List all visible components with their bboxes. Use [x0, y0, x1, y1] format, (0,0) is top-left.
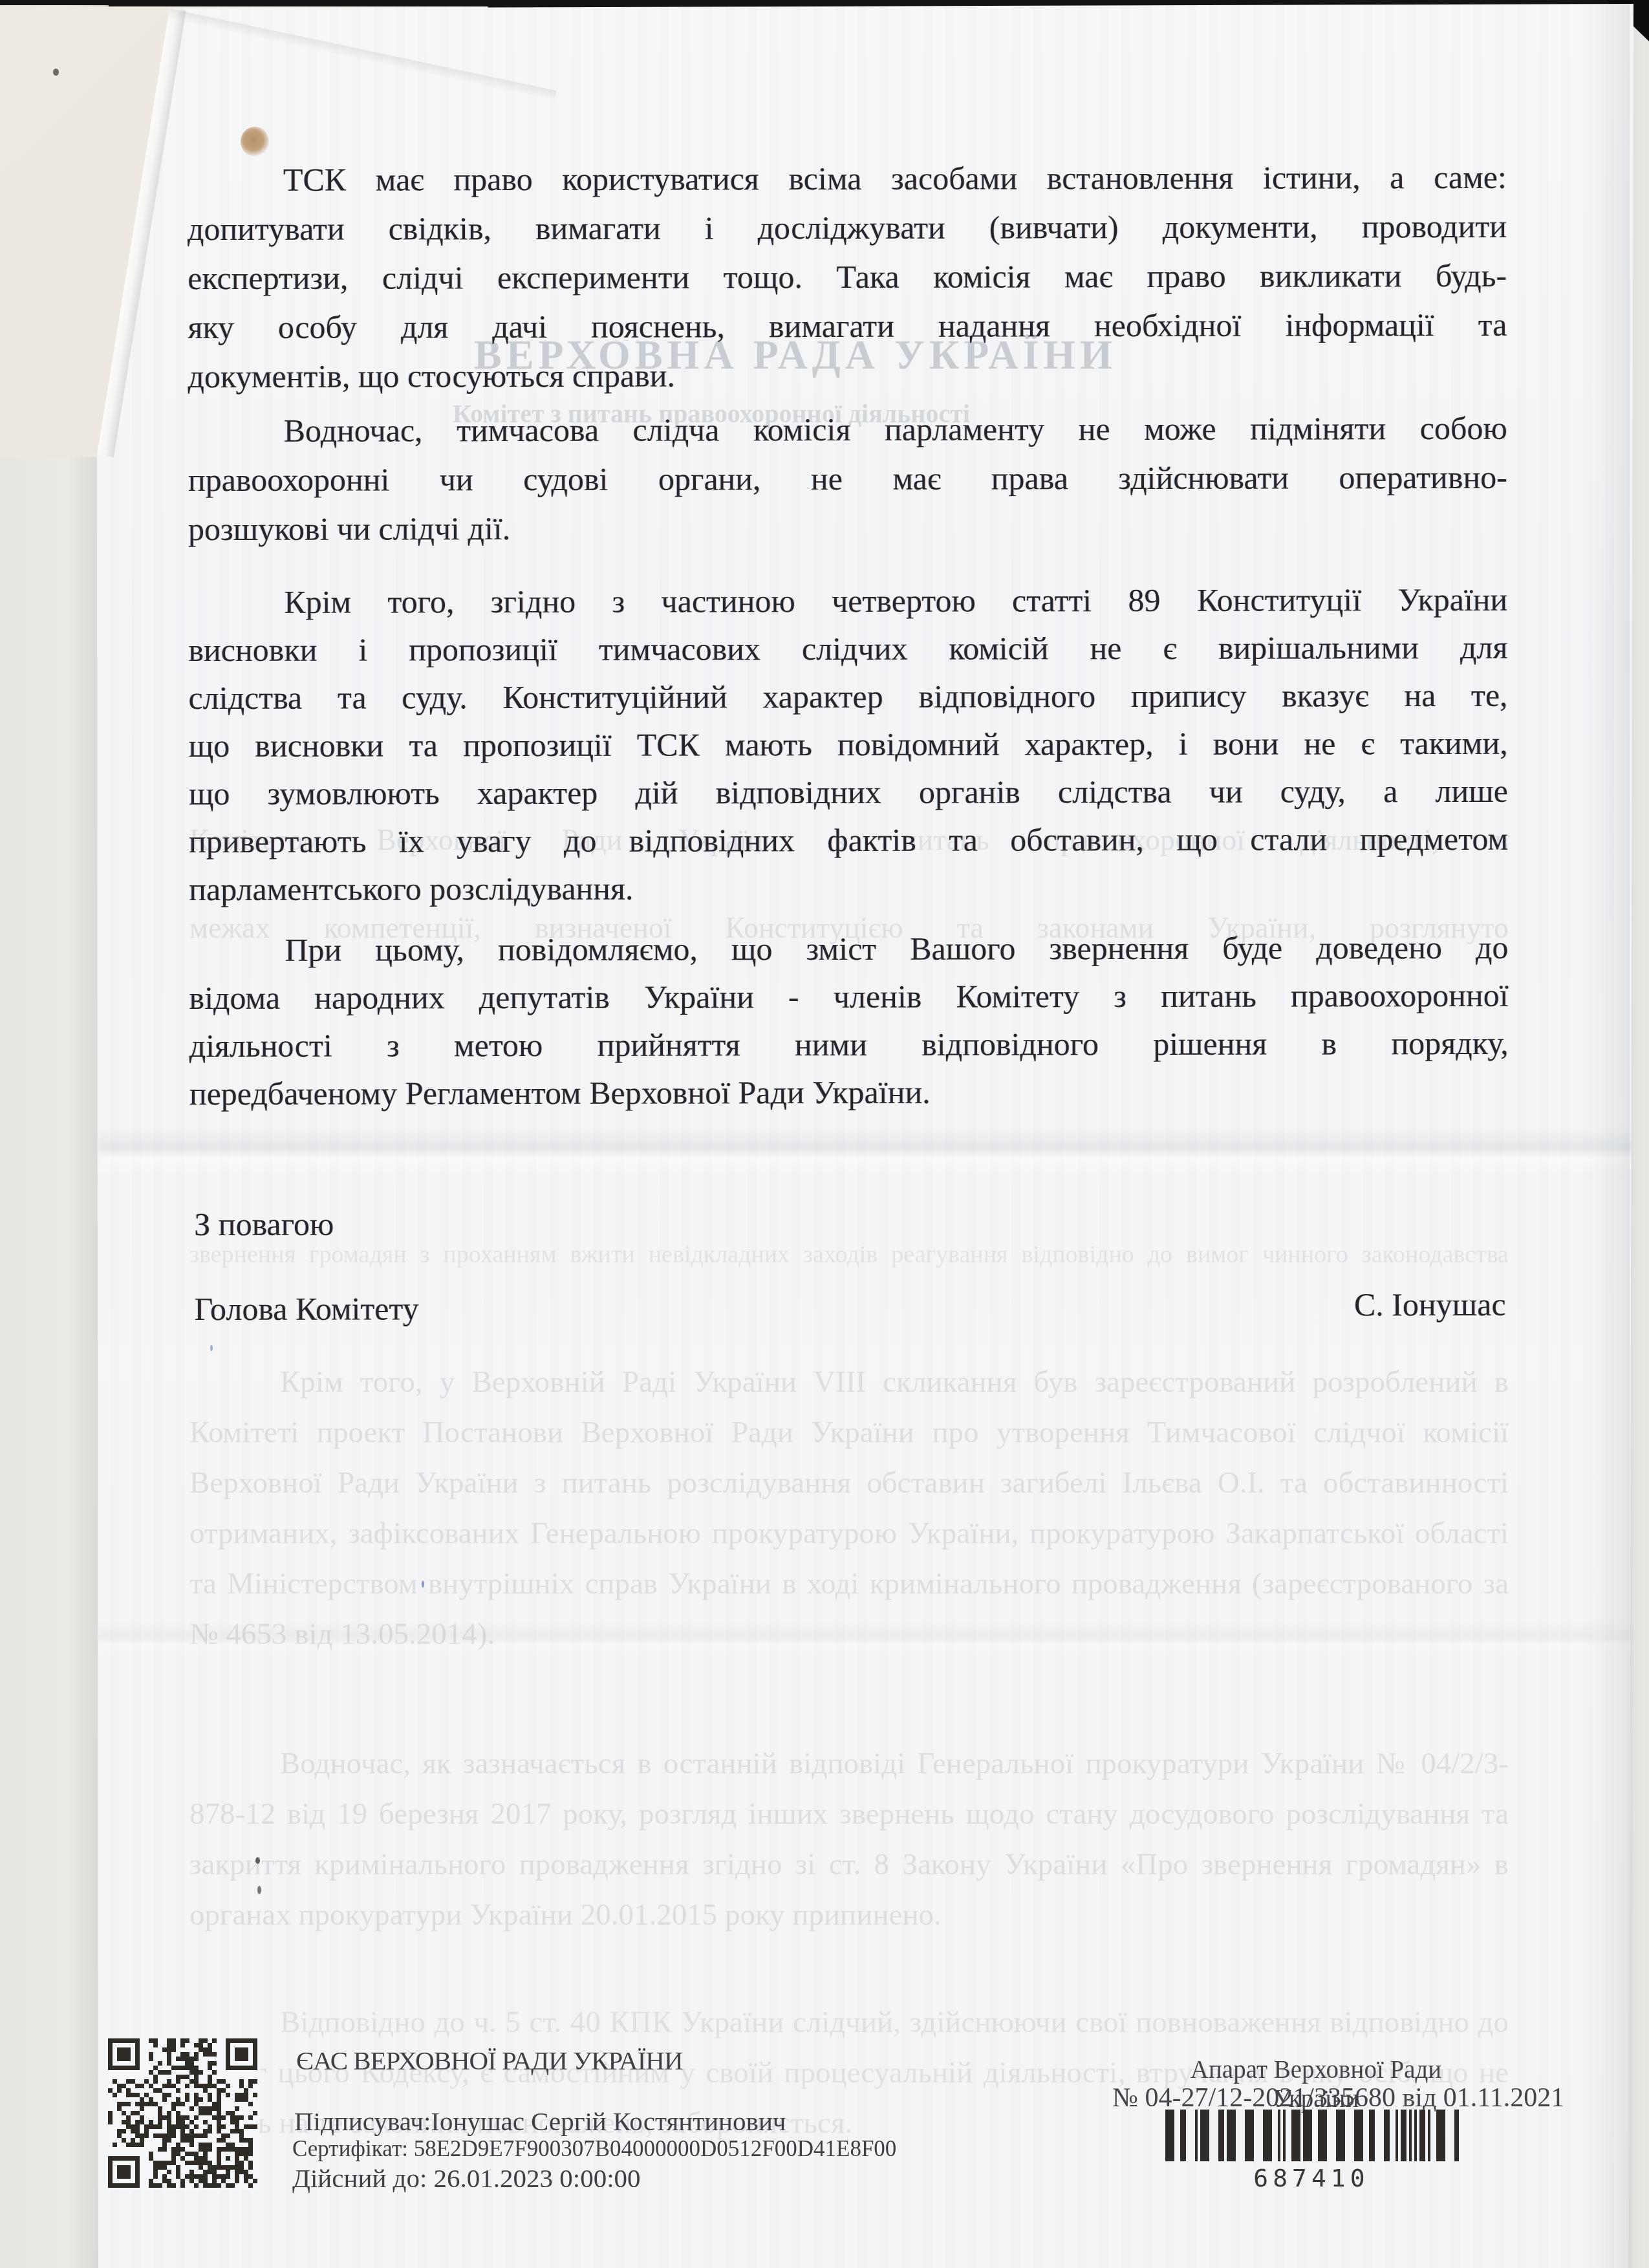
- paragraph: Водночас, тимчасова слідча комісія парла…: [188, 404, 1507, 554]
- pen-speck: [210, 1345, 213, 1351]
- scanned-letter: ВЕРХОВНА РАДА УКРАЇНИ Комітет з питань п…: [0, 0, 1649, 2268]
- text-line: ТСК має право користуватися всіма засоба…: [188, 153, 1507, 204]
- paper-speck: [53, 69, 59, 76]
- text-line: При цьому, повідомляємо, що зміст Вашого…: [189, 923, 1508, 974]
- text-line: що зумовлюють характер дій відповідних о…: [189, 767, 1508, 817]
- text-line: допитувати свідків, вимагати і досліджув…: [188, 202, 1507, 254]
- pen-speck: [422, 1581, 424, 1588]
- text-line: Крім того, згідно з частиною четвертою с…: [188, 576, 1507, 626]
- text-line: парламентського розслідування.: [189, 863, 1508, 913]
- barcode: [1164, 2110, 1459, 2164]
- paragraph: Крім того, згідно з частиною четвертою с…: [188, 576, 1508, 913]
- text-line: передбаченому Регламентом Верховної Ради…: [189, 1067, 1509, 1118]
- text-line: Водночас, тимчасова слідча комісія парла…: [188, 404, 1507, 455]
- text-line: експертизи, слідчі експерименти тощо. Та…: [188, 251, 1507, 303]
- registration-number: № 04-27/12-2021/335680 від 01.11.2021: [1112, 2082, 1539, 2113]
- text-line: слідства та суду. Конституційний характе…: [189, 671, 1508, 722]
- barcode-digits: 687410: [1164, 2164, 1459, 2192]
- qr-code: [108, 2038, 259, 2190]
- text-line: відома народних депутатів України - член…: [189, 971, 1508, 1022]
- letter-text-layer: ТСК має право користуватися всіма засоба…: [0, 0, 1649, 2268]
- text-line: діяльності з метою прийняття ними відпов…: [189, 1019, 1509, 1070]
- coffee-stain: [241, 127, 269, 157]
- esignature-validity-line: Дійсний до: 26.01.2023 0:00:00: [292, 2163, 641, 2194]
- text-line: що висновки та пропозиції ТСК мають пові…: [189, 719, 1508, 770]
- signer-name: С. Іонушас: [1267, 1286, 1505, 1324]
- paragraph: ТСК має право користуватися всіма засоба…: [188, 153, 1507, 401]
- ink-speck: [257, 1886, 261, 1894]
- text-line: привертають їх увагу до відповідних факт…: [189, 815, 1508, 865]
- text-line: висновки і пропозиції тимчасових слідчих…: [188, 623, 1507, 674]
- paragraph: При цьому, повідомляємо, що зміст Вашого…: [189, 923, 1509, 1118]
- esignature-system-label: ЄАС ВЕРХОВНОЇ РАДИ УКРАЇНИ: [296, 2045, 683, 2076]
- signer-title: Голова Комітету: [195, 1290, 419, 1328]
- esignature-certificate-line: Сертифікат: 58E2D9E7F900307B04000000D051…: [292, 2136, 896, 2162]
- text-line: правоохоронні чи судові органи, не має п…: [188, 453, 1507, 504]
- text-line: розшукові чи слідчі дії.: [188, 502, 1507, 554]
- text-line: документів, що стосуються справи.: [188, 349, 1507, 401]
- letter-page: ВЕРХОВНА РАДА УКРАЇНИ Комітет з питань п…: [0, 0, 1649, 2268]
- closing-salutation: З повагою: [194, 1205, 334, 1243]
- esignature-signer-line: Підписувач:Іонушас Сергій Костянтинович: [294, 2106, 786, 2137]
- ink-speck: [255, 1857, 260, 1864]
- text-line: яку особу для дачі пояснень, вимагати на…: [188, 300, 1507, 352]
